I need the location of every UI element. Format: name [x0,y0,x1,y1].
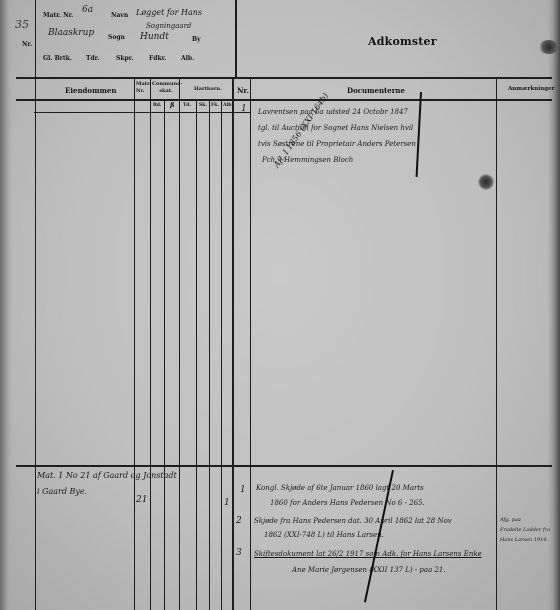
navn-label: Navn [111,12,128,19]
doc-item-3-nr: 3 [236,548,242,558]
by-label: By [192,36,201,43]
navn-value-line1: Løgget for Hans [136,8,202,17]
header-divider-line [235,0,237,78]
subheader-bottom-line [34,112,250,113]
doc-item-3-line-2: Ane Marie Jørgensen (XXII 137 L) - paa 2… [292,566,446,574]
col-header-nr: Nr. [237,86,249,95]
col-line-hartkorn-fk [209,99,210,610]
annotation-line-2: Fradelte Lodder fra [500,527,550,533]
skpr-label: Skpr. [116,55,133,62]
table-top-border [16,77,552,79]
doc-item-1-line-2: 1860 for Anders Hans Pedersen No 6 - 265… [270,499,425,507]
col-header-matr-nr: Matr. Nr. [136,81,150,95]
left-margin-line [35,0,36,610]
col-line-hartkorn-alb [221,99,222,610]
col-sub-skilling: ß [170,102,175,109]
page-edge-left [0,0,12,610]
annotation-line-3: Hans Larsen 1914. [500,537,548,543]
navn-value-line2: Sogningaard [146,22,191,30]
doc-item-3-line-1: Skiftesdokument lat 26/2 1917 som Adk. f… [254,550,482,558]
annotation-line-1: Afg. paa [500,517,521,523]
col-header-documenterne: Documenterne [347,86,405,95]
property-hartkorn-mark: 1 [224,498,230,508]
by-value: Hundt [140,32,169,42]
section-divider [16,465,552,467]
doc-item-2-line-2: 1862 (XXI-748 L) til Hans Larsen. [264,531,384,539]
doc-item-1-nr: 1 [240,485,246,495]
col-line-anmaerkninger [496,78,497,610]
col-line-nr [232,78,234,610]
col-sub-td: Td. [183,103,191,108]
col-header-eiendommen: Eiendommen [65,86,116,95]
col-line-matr [134,78,135,610]
cancel-stroke-top [416,92,422,177]
entry-top-line-1: Lavrentsen paa 6a udsted 24 Octobr 1847 [258,108,408,116]
doc-item-1-line-1: Kongl. Skjøde af 6te Januar 1860 lagt 20… [256,484,424,492]
nr-label: Nr. [22,41,32,48]
fdkr-label: Fdkr. [149,55,166,62]
entry-top-line-3: tvis Søstrene til Proprietair Anders Pet… [258,140,416,148]
table-header-bottom-border [16,99,552,101]
ink-blot [538,40,560,54]
col-line-commune [150,78,151,610]
matr-nr-value: 6a [82,5,93,15]
col-line-hartkorn-sk [196,99,197,610]
gl-brtk-label: Gl. Brtk. [43,55,72,62]
entry-top-nr: 1 [241,104,247,114]
ledger-page: 35 Nr. Matr. Nr. 6a Navn Løgget for Hans… [0,0,560,610]
col-sub-fk: Fk. [211,103,219,108]
alb-label: Alb. [181,55,194,62]
doc-item-2-line-1: Skjøde fra Hans Pedersen dat. 30 April 1… [254,517,452,525]
col-header-commune-skat: Commune-skat. [152,81,180,95]
property-line-2: i Gaard Bye. [37,487,87,496]
sogn-label: Sogn [108,34,125,41]
property-line-1: Mat. 1 No 21 af Gaard og Jonstadt [37,471,177,480]
col-sub-sk: Sk. [199,103,207,108]
entry-top-line-2: tgl. til Auction for Sognet Hans Nielsen… [258,124,413,132]
col-sub-rd: Rd. [153,103,161,108]
col-line-documenterne [250,78,251,610]
margin-page-number: 35 [15,18,29,31]
col-header-anmaerkninger: Anmærkninger [508,86,555,92]
doc-item-2-nr: 2 [236,516,242,526]
col-line-hartkorn [179,78,180,610]
col-sub-alb: Alb. [223,103,233,108]
section-title: Adkomster [368,35,437,48]
col-line-commune-sub [164,99,165,610]
sogn-value: Blaaskrup [48,28,94,38]
ink-spot [478,174,494,190]
matr-nr-label: Matr. Nr. [43,12,73,19]
property-matr-nr: 21 [136,495,147,505]
col-header-hartkorn: Hartkorn. [194,86,222,92]
tdr-label: Tdr. [86,55,99,62]
